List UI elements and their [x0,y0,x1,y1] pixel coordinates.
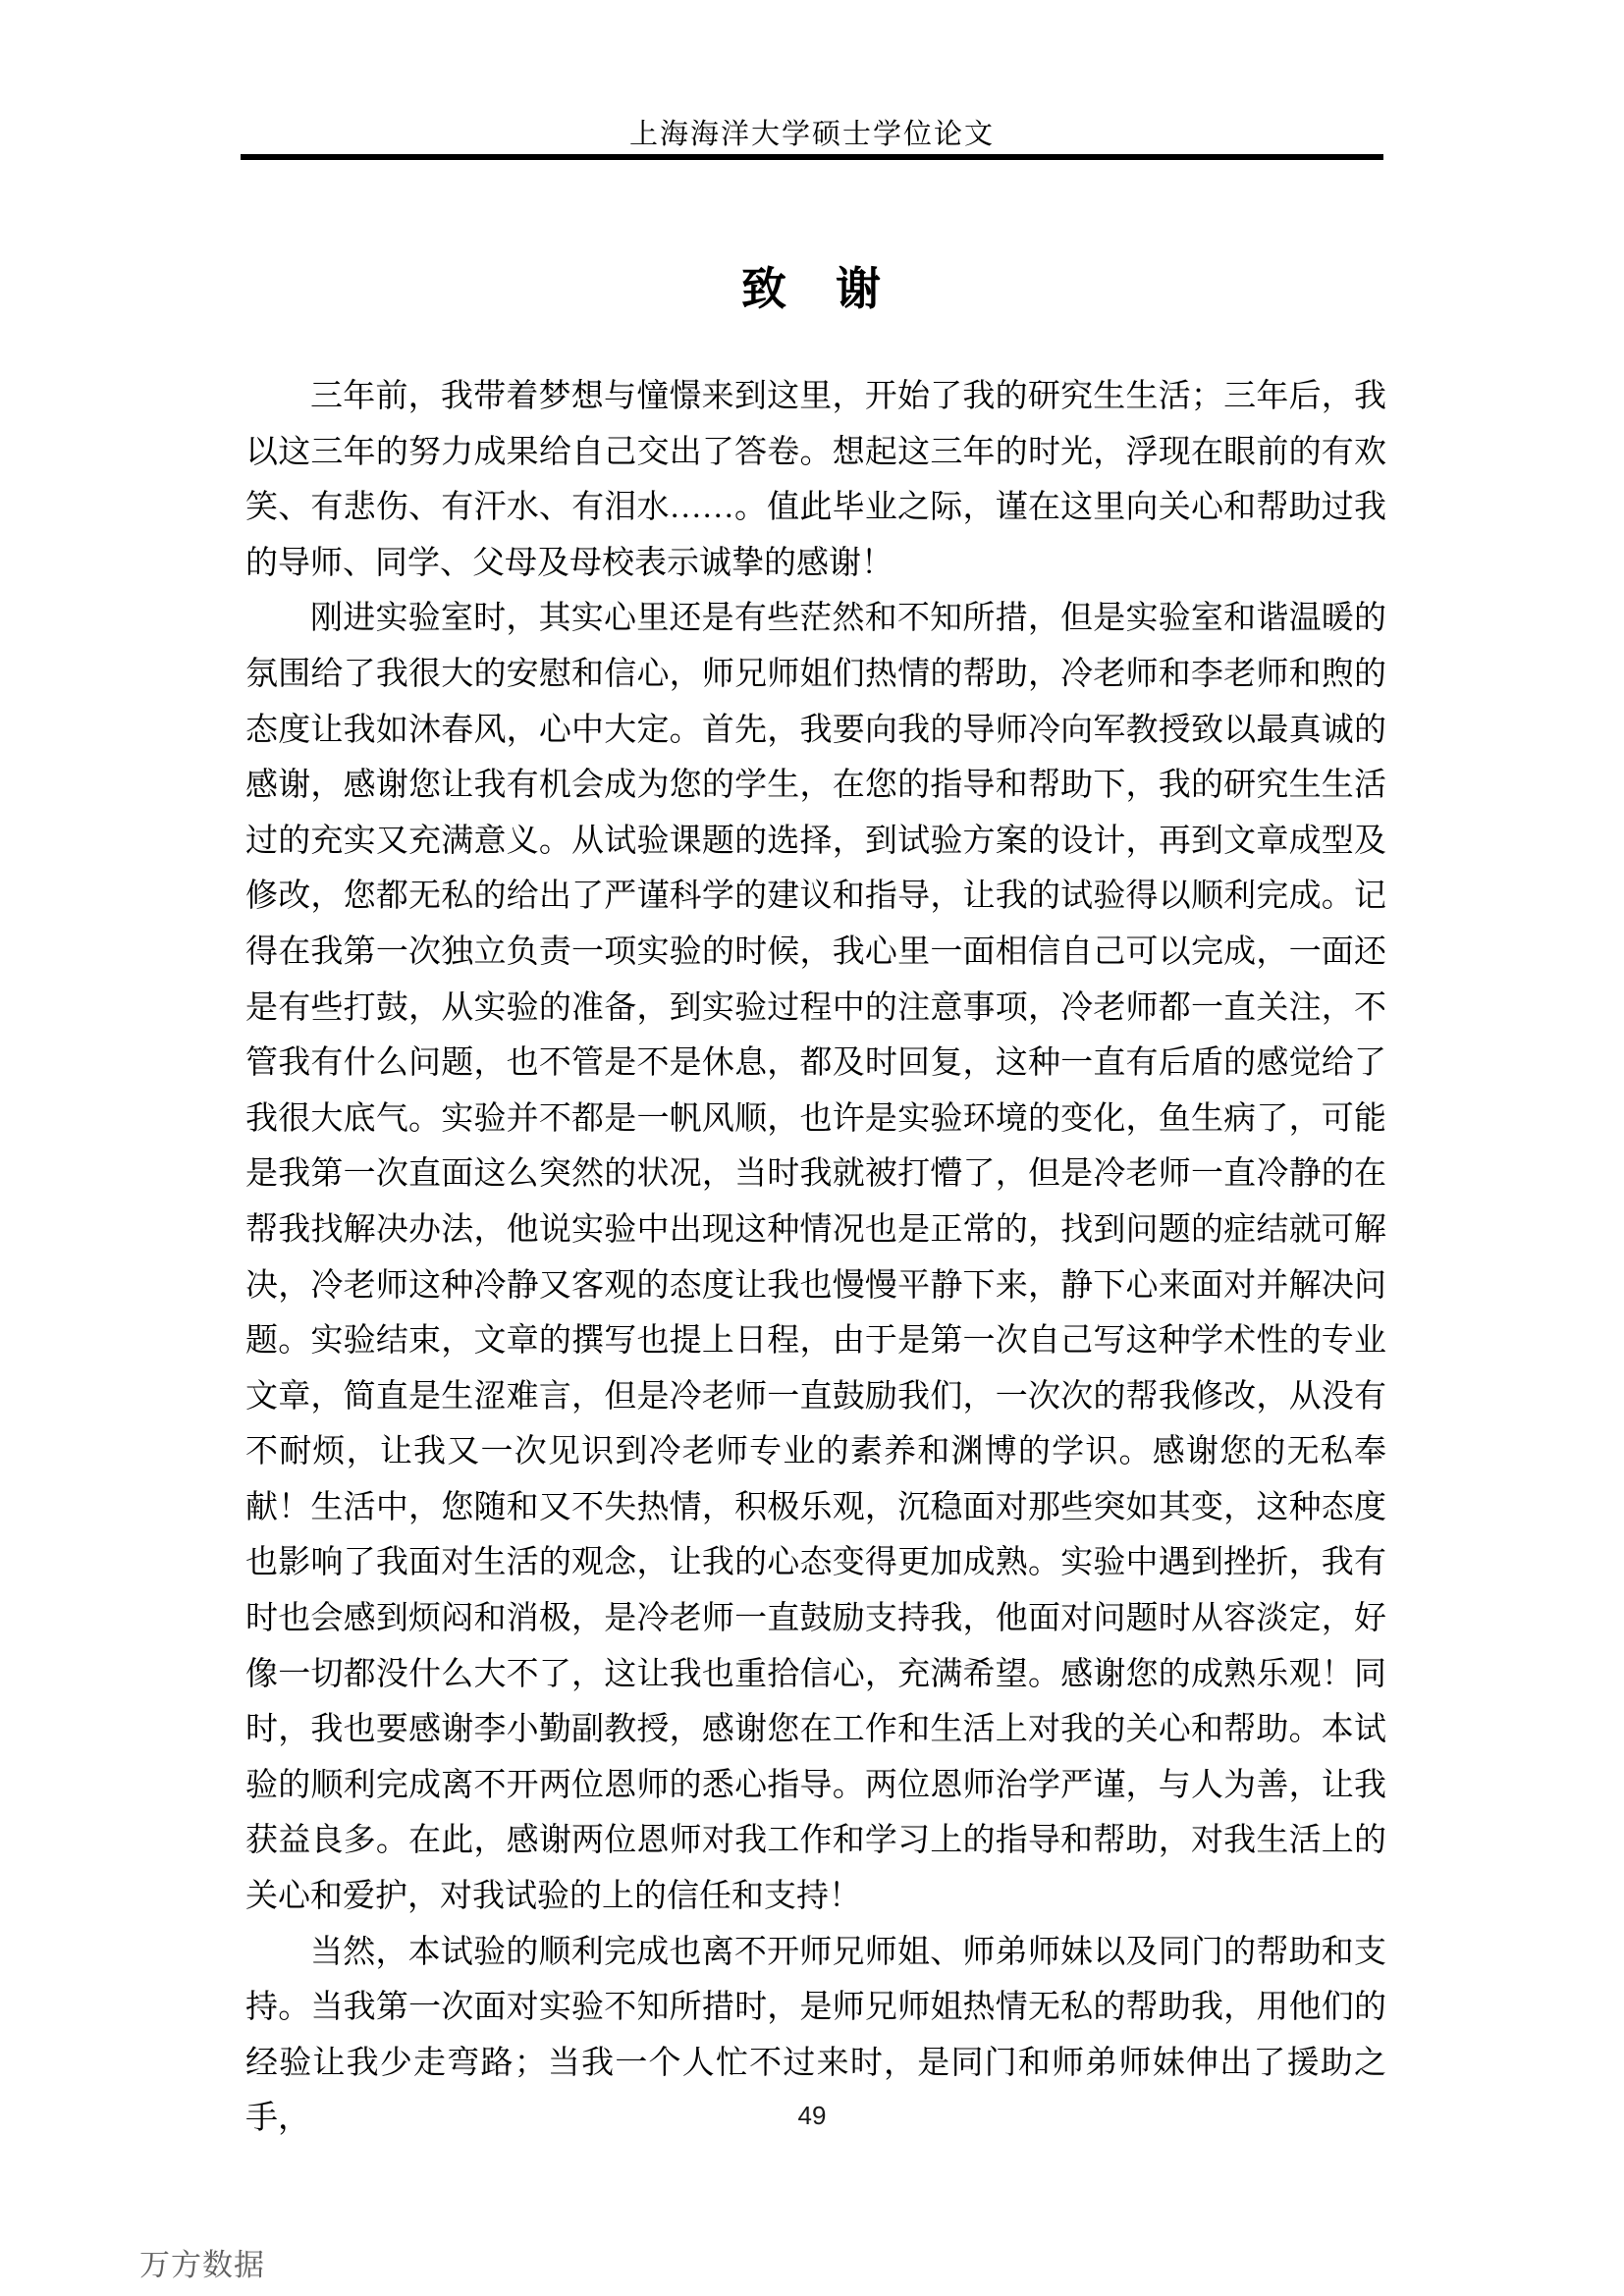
acknowledgment-body: 三年前，我带着梦想与憧憬来到这里，开始了我的研究生生活；三年后，我以这三年的努力… [245,369,1386,2147]
running-header: 上海海洋大学硕士学位论文 [0,112,1624,152]
paragraph-1: 三年前，我带着梦想与憧憬来到这里，开始了我的研究生生活；三年后，我以这三年的努力… [245,369,1386,591]
page-number: 49 [0,2101,1624,2131]
header-rule [241,154,1383,160]
section-title: 致 谢 [0,253,1624,318]
paragraph-2: 刚进实验室时，其实心里还是有些茫然和不知所措，但是实验室和谐温暖的氛围给了我很大… [245,591,1386,1924]
thesis-page: 上海海洋大学硕士学位论文 致 谢 三年前，我带着梦想与憧憬来到这里，开始了我的研… [0,0,1624,2296]
wanfang-data-watermark: 万方数据 [139,2240,265,2284]
